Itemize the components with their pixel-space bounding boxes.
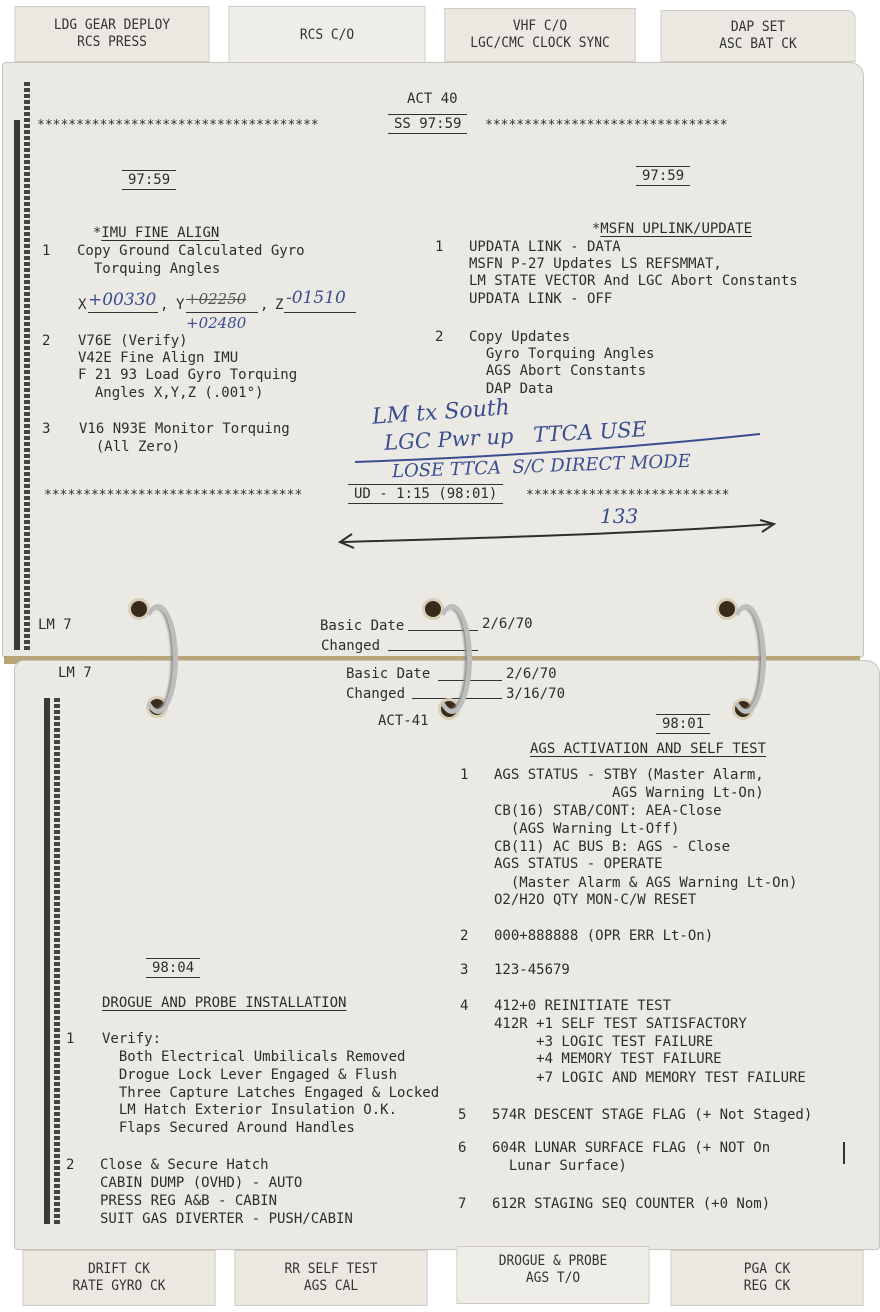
y-value-struck: +02250 xyxy=(186,290,246,308)
divider-stars: ********************************* xyxy=(44,487,302,505)
tab-label: DAP SET xyxy=(731,19,785,36)
step-line: Copy Updates xyxy=(469,328,570,346)
step-line: Gyro Torquing Angles xyxy=(469,345,654,363)
step-line: Drogue Lock Lever Engaged & Flush xyxy=(102,1066,397,1084)
step-line: (All Zero) xyxy=(79,438,180,456)
time-marker: 97:59 xyxy=(122,170,176,190)
y-label: Y xyxy=(176,296,184,314)
tab-drogue-probe[interactable]: DROGUE & PROBE AGS T/O xyxy=(456,1246,649,1304)
page-edge-marker xyxy=(14,120,20,650)
step-line: V42E Fine Align IMU xyxy=(78,349,238,367)
step-number: 3 xyxy=(42,420,50,438)
tab-rr-self-test[interactable]: RR SELF TEST AGS CAL xyxy=(234,1250,427,1306)
tab-rcs-co[interactable]: RCS C/O xyxy=(229,6,426,64)
step-number: 2 xyxy=(42,332,50,350)
step-line: 574R DESCENT STAGE FLAG (+ Not Staged) xyxy=(492,1106,812,1124)
step-line: 000+888888 (OPR ERR Lt-On) xyxy=(494,927,713,945)
step-line: (Master Alarm & AGS Warning Lt-On) xyxy=(494,874,797,892)
time-marker: 98:01 xyxy=(656,714,710,734)
step-line: MSFN P-27 Updates LS REFSMMAT, xyxy=(469,255,722,273)
step-line: F 21 93 Load Gyro Torquing xyxy=(78,366,297,384)
step-line: Torquing Angles xyxy=(77,260,220,278)
step-line: LM Hatch Exterior Insulation O.K. xyxy=(102,1101,397,1119)
step-line: 612R STAGING SEQ COUNTER (+0 Nom) xyxy=(492,1195,770,1213)
step-line: Flaps Secured Around Handles xyxy=(102,1119,355,1137)
z-value-handwritten[interactable]: -01510 xyxy=(286,288,346,308)
tab-label: VHF C/O xyxy=(513,18,567,35)
step-line: CABIN DUMP (OVHD) - AUTO xyxy=(100,1174,302,1192)
time-marker: 97:59 xyxy=(636,166,690,186)
step-line: Verify: xyxy=(102,1030,161,1048)
divider-stars: ************************************ xyxy=(37,117,319,135)
step-line: DAP Data xyxy=(469,380,553,398)
step-line: V76E (Verify) xyxy=(78,332,188,350)
section-title: *MSFN UPLINK/UPDATE xyxy=(575,202,752,238)
step-line: Lunar Surface) xyxy=(492,1157,627,1175)
changed-label: Changed xyxy=(346,685,405,703)
page-edge-marker xyxy=(54,698,60,1224)
start-time: SS 97:59 xyxy=(388,114,467,134)
tab-drift-ck[interactable]: DRIFT CK RATE GYRO CK xyxy=(22,1250,215,1306)
divider-stars: ******************************* xyxy=(485,117,728,135)
tab-label: DRIFT CK xyxy=(88,1261,150,1278)
basic-date-value: 2/6/70 xyxy=(482,615,533,633)
step-line: AGS STATUS - STBY (Master Alarm, xyxy=(494,766,764,784)
step-number: 7 xyxy=(458,1195,466,1213)
step-line: CB(16) STAB/CONT: AEA-Close xyxy=(494,802,722,820)
step-line: UPDATA LINK - OFF xyxy=(469,290,612,308)
binder-ring[interactable] xyxy=(726,604,766,714)
binder-ring[interactable] xyxy=(138,604,178,714)
tab-label: DROGUE & PROBE xyxy=(499,1253,608,1270)
tab-label: RCS PRESS xyxy=(77,34,147,51)
tab-label: LGC/CMC CLOCK SYNC xyxy=(470,35,610,52)
step-line: Copy Ground Calculated Gyro xyxy=(77,242,305,260)
tab-label: REG CK xyxy=(744,1278,791,1295)
step-number: 2 xyxy=(460,927,468,945)
book-label: LM 7 xyxy=(58,664,92,682)
step-line: SUIT GAS DIVERTER - PUSH/CABIN xyxy=(100,1210,353,1228)
tab-ldg-gear-deploy[interactable]: LDG GEAR DEPLOY RCS PRESS xyxy=(14,6,209,62)
x-value-handwritten[interactable]: +00330 xyxy=(88,290,156,310)
tab-label: RR SELF TEST xyxy=(284,1261,377,1278)
step-line: UPDATA LINK - DATA xyxy=(469,238,621,256)
step-line: Both Electrical Umbilicals Removed xyxy=(102,1048,405,1066)
step-line: +4 MEMORY TEST FAILURE xyxy=(494,1050,722,1068)
tab-label: RATE GYRO CK xyxy=(72,1278,165,1295)
activity-label: ACT 40 xyxy=(407,90,458,108)
step-line: 412R +1 SELF TEST SATISFACTORY xyxy=(494,1015,747,1033)
step-number: 3 xyxy=(460,961,468,979)
undock-time: UD - 1:15 (98:01) xyxy=(348,484,503,504)
tab-label: AGS T/O xyxy=(526,1270,580,1287)
step-line: CB(11) AC BUS B: AGS - Close xyxy=(494,838,730,856)
step-line: 123-45679 xyxy=(494,961,570,979)
section-title: AGS ACTIVATION AND SELF TEST xyxy=(530,740,766,758)
step-number: 1 xyxy=(460,766,468,784)
step-line: LM STATE VECTOR And LGC Abort Constants xyxy=(469,272,798,290)
step-line: Angles X,Y,Z (.001°) xyxy=(78,384,263,402)
step-line: +3 LOGIC TEST FAILURE xyxy=(494,1033,713,1051)
section-title: DROGUE AND PROBE INSTALLATION xyxy=(102,994,346,1012)
tab-label: PGA CK xyxy=(744,1261,791,1278)
divider-stars: ************************** xyxy=(526,487,730,505)
changed-date-value: 3/16/70 xyxy=(506,685,565,703)
changed-label: Changed xyxy=(321,637,380,655)
step-line: (AGS Warning Lt-Off) xyxy=(494,820,679,838)
step-number: 5 xyxy=(458,1106,466,1124)
step-line: +7 LOGIC AND MEMORY TEST FAILURE xyxy=(494,1069,806,1087)
step-number: 2 xyxy=(66,1156,74,1174)
step-number: 6 xyxy=(458,1139,466,1157)
step-line: 604R LUNAR SURFACE FLAG (+ NOT On xyxy=(492,1139,770,1157)
tab-pga-ck[interactable]: PGA CK REG CK xyxy=(670,1250,863,1306)
page-edge-marker xyxy=(24,82,30,652)
basic-date-label: Basic Date xyxy=(320,617,404,635)
page-edge-marker xyxy=(44,698,50,1224)
step-line: O2/H2O QTY MON-C/W RESET xyxy=(494,891,696,909)
x-label: X xyxy=(78,296,86,314)
tab-vhf-co[interactable]: VHF C/O LGC/CMC CLOCK SYNC xyxy=(444,8,635,62)
basic-date-label: Basic Date xyxy=(346,665,430,683)
step-line: AGS Warning Lt-On) xyxy=(494,784,764,802)
book-label: LM 7 xyxy=(38,616,72,634)
y-value-handwritten[interactable]: +02480 xyxy=(186,314,246,332)
tab-label: AGS CAL xyxy=(304,1278,358,1295)
section-title: *IMU FINE ALIGN xyxy=(76,206,219,242)
step-line: V16 N93E Monitor Torquing xyxy=(79,420,290,438)
step-number: 2 xyxy=(435,328,443,346)
step-line: 412+0 REINITIATE TEST xyxy=(494,997,671,1015)
step-line: AGS STATUS - OPERATE xyxy=(494,855,663,873)
binder-ring[interactable] xyxy=(432,604,472,714)
step-line: Three Capture Latches Engaged & Locked xyxy=(102,1084,439,1102)
change-bar xyxy=(843,1142,845,1164)
handwritten-arrow xyxy=(334,514,784,554)
step-line: PRESS REG A&B - CABIN xyxy=(100,1192,277,1210)
tab-dap-set[interactable]: DAP SET ASC BAT CK xyxy=(660,10,855,62)
tab-label: RCS C/O xyxy=(300,27,354,44)
activity-label: ACT-41 xyxy=(378,712,429,730)
basic-date-value: 2/6/70 xyxy=(506,665,557,683)
tab-label: ASC BAT CK xyxy=(719,36,797,53)
step-number: 1 xyxy=(42,242,50,260)
step-number: 1 xyxy=(435,238,443,256)
step-line: AGS Abort Constants xyxy=(469,362,646,380)
tab-label: LDG GEAR DEPLOY xyxy=(54,17,170,34)
z-label: Z xyxy=(275,296,283,314)
step-number: 4 xyxy=(460,997,468,1015)
step-line: Close & Secure Hatch xyxy=(100,1156,269,1174)
step-number: 1 xyxy=(66,1030,74,1048)
time-marker: 98:04 xyxy=(146,958,200,978)
